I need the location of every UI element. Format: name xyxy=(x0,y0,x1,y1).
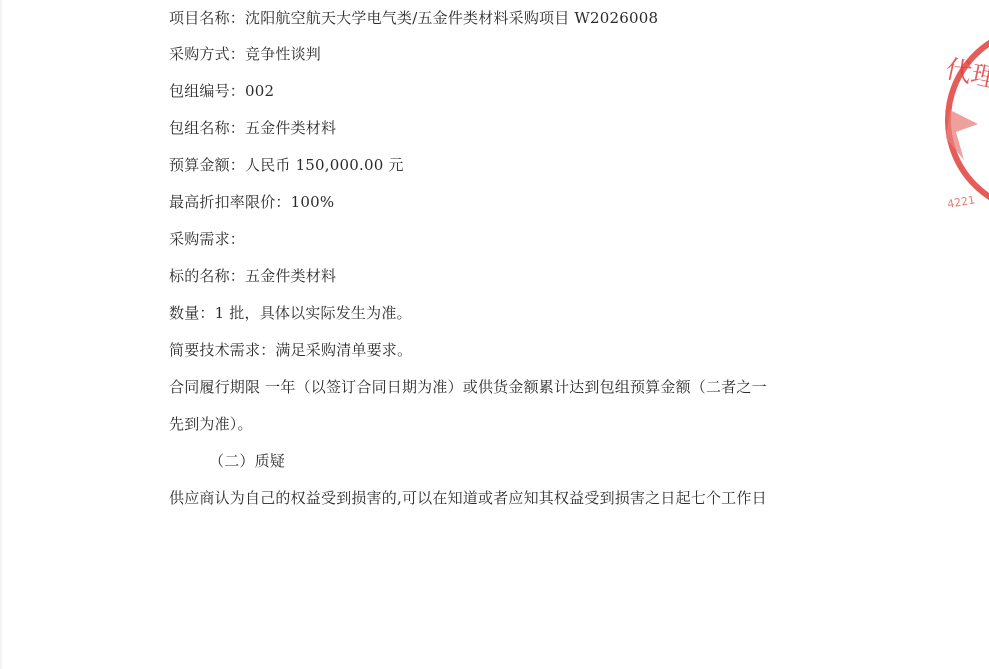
project-name-line: 项目名称：沈阳航空航天大学电气类/五金件类材料采购项目 W2026008 xyxy=(169,8,658,28)
package-name-line: 包组名称：五金件类材料 xyxy=(169,118,336,138)
svg-text:4221: 4221 xyxy=(946,193,976,211)
contract-term-line-2: 先到为准）。 xyxy=(169,414,253,434)
package-number-line: 包组编号：002 xyxy=(169,81,274,101)
procurement-method-line: 采购方式：竞争性谈判 xyxy=(169,44,321,64)
budget-amount-line: 预算金额：人民币 150,000.00 元 xyxy=(169,155,404,175)
subject-name-line: 标的名称：五金件类材料 xyxy=(169,266,336,286)
section-heading-challenge: （二）质疑 xyxy=(209,451,285,471)
challenge-paragraph-line: 供应商认为自己的权益受到损害的,可以在知道或者应知其权益受到损害之日起七个工作日 xyxy=(169,488,767,508)
contract-term-line-1: 合同履行期限 一年（以签订合同日期为准）或供货金额累计达到包组预算金额（二者之一 xyxy=(169,377,767,397)
procurement-requirements-label: 采购需求： xyxy=(169,229,245,249)
technical-requirements-line: 简要技术需求：满足采购清单要求。 xyxy=(169,340,412,360)
page-edge xyxy=(0,0,2,669)
quantity-line: 数量：1 批，具体以实际发生为准。 xyxy=(169,303,412,323)
document-page: 项目名称：沈阳航空航天大学电气类/五金件类材料采购项目 W2026008 采购方… xyxy=(0,0,989,669)
official-seal-stamp: 代理有 4221 xyxy=(940,20,989,220)
max-discount-rate-line: 最高折扣率限价：100% xyxy=(169,192,334,212)
